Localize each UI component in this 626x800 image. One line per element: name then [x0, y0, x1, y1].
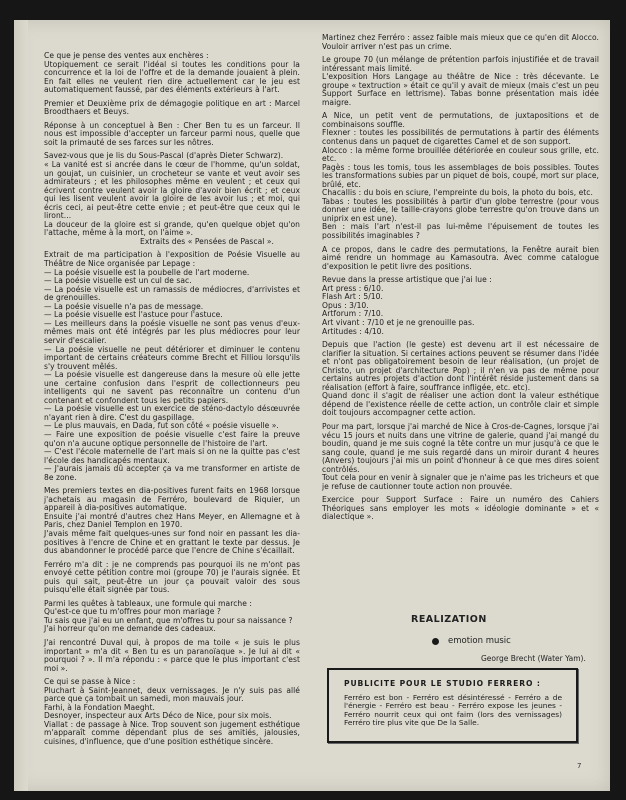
- text-line: Mes premiers textes en dia-positives fur…: [44, 487, 300, 513]
- paragraph-personal-actions: Pour ma part, lorsque j'ai marché de Nic…: [322, 423, 599, 491]
- text-line: A Nice, un petit vent de permutations, d…: [322, 112, 599, 129]
- text-line: Alocco : la même forme brouillée détério…: [322, 147, 599, 164]
- paragraph-auctions: Ce que je pense des ventes aux enchères …: [44, 52, 300, 95]
- list-item: — C'est l'école maternelle de l'art mais…: [44, 448, 300, 465]
- text-line: Viallat : de passage à Nice. Trop souven…: [44, 721, 300, 747]
- realization-item-label: emotion music: [448, 636, 511, 646]
- list-item: — Les meilleurs dans la poésie visuelle …: [44, 320, 300, 346]
- page-number: 7: [577, 762, 581, 770]
- text-line: Tabas : toutes les possibilités à partir…: [322, 198, 599, 224]
- paragraph-support-surface-exercise: Exercice pour Support Surface : Faire un…: [322, 496, 599, 522]
- text-line: « La vanité est si ancrée dans le cœur d…: [44, 161, 300, 221]
- paragraph-nice-news: Ce qui se passe à Nice : Pluchart à Sain…: [44, 678, 300, 746]
- text-line: Pluchart à Saint-Jeannet, deux vernissag…: [44, 687, 300, 704]
- paragraph-action-art: Depuis que l'action (le geste) est deven…: [322, 341, 599, 418]
- list-item: — La poésie visuelle ne peut détériorer …: [44, 346, 300, 372]
- page-edge: [14, 20, 28, 791]
- text-line: Ferréro m'a dit : je ne comprends pas po…: [44, 561, 300, 595]
- text-line: Depuis que l'action (le geste) est deven…: [322, 341, 599, 392]
- right-column: Martinez chez Ferréro : assez faible mai…: [322, 34, 599, 527]
- text-line: Martinez chez Ferréro : assez faible mai…: [322, 34, 599, 51]
- realization-item: emotion music: [432, 636, 511, 646]
- rating-item: Artitudes : 4/10.: [322, 328, 599, 337]
- realization-credit: George Brecht (Water Yam).: [481, 654, 586, 663]
- paragraph-groupe-70: Le groupe 70 (un mélange de prétention p…: [322, 56, 599, 107]
- list-item: — La poésie visuelle est un exercice de …: [44, 405, 300, 422]
- list-item: — Faire une exposition de poésie visuell…: [44, 431, 300, 448]
- text-line: Réponse à un conceptuel à Ben : Cher Ben…: [44, 122, 300, 148]
- text-line: Flexner : toutes les possibilités de per…: [322, 129, 599, 146]
- bullet-icon: [432, 638, 439, 645]
- text-line: Pour ma part, lorsque j'ai marché de Nic…: [322, 423, 599, 474]
- text-line: Le groupe 70 (un mélange de prétention p…: [322, 56, 599, 73]
- text-line: Ensuite j'ai montré d'autres chez Hans M…: [44, 513, 300, 530]
- paragraph-kamasutra: A ce propos, dans le cadre des permutati…: [322, 246, 599, 272]
- paragraph-duval: J'ai rencontré Duval qui, à propos de ma…: [44, 639, 300, 673]
- paragraph-ferrero-petition: Ferréro m'a dit : je ne comprends pas po…: [44, 561, 300, 595]
- left-column: Ce que je pense des ventes aux enchères …: [44, 52, 300, 747]
- text-line: Quand donc il s'agit de réaliser une act…: [322, 392, 599, 418]
- advertisement-text: Ferréro est bon - Ferréro est désintéres…: [344, 694, 562, 728]
- list-item: — La poésie visuelle est un ramassis de …: [44, 286, 300, 303]
- paragraph-demagogy-prize: Premier et Deuxième prix de démagogie po…: [44, 100, 300, 117]
- list-item: — J'aurais jamais dû accepter ça va me t…: [44, 465, 300, 482]
- text-line: J'ai horreur qu'on me demande des cadeau…: [44, 625, 300, 634]
- text-line: L'exposition Hors Langage au théâtre de …: [322, 73, 599, 107]
- paragraph-visual-poetry: Extrait de ma participation à l'expositi…: [44, 251, 300, 482]
- realization-heading: REALIZATION: [411, 614, 487, 625]
- text-line: J'ai rencontré Duval qui, à propos de ma…: [44, 639, 300, 673]
- advertisement-box: PUBLICITE POUR LE STUDIO FERRERO : Ferré…: [327, 668, 578, 743]
- paragraph-permutations: A Nice, un petit vent de permutations, d…: [322, 112, 599, 240]
- text-line: Tout cela pour en venir à signaler que j…: [322, 474, 599, 491]
- text-line: Pagès : tous les tomis, tous les assembl…: [322, 164, 599, 190]
- paragraph-pascal: Savez-vous que je lis du Sous-Pascal (d'…: [44, 152, 300, 246]
- text-line: J'avais même fait quelques-unes sur fond…: [44, 530, 300, 556]
- paragraph-dia-positives: Mes premiers textes en dia-positives fur…: [44, 487, 300, 555]
- text-line: Utopiquement ce serait l'idéal si toutes…: [44, 61, 300, 95]
- document-page: Ce que je pense des ventes aux enchères …: [14, 20, 610, 791]
- advertisement-title: PUBLICITE POUR LE STUDIO FERRERO :: [344, 679, 562, 688]
- text-line: Ben : mais l'art n'est-il pas lui-même l…: [322, 223, 599, 240]
- paragraph-painting-quests: Parmi les quêtes à tableaux, une formule…: [44, 600, 300, 634]
- text-line: Exercice pour Support Surface : Faire un…: [322, 496, 599, 522]
- paragraph-response-conceptual: Réponse à un conceptuel à Ben : Cher Ben…: [44, 122, 300, 148]
- text-line: A ce propos, dans le cadre des permutati…: [322, 246, 599, 272]
- paragraph-press-review: Revue dans la presse artistique que j'ai…: [322, 276, 599, 336]
- list-item: — La poésie visuelle est dangereuse dans…: [44, 371, 300, 405]
- text-line: Extrait de ma participation à l'expositi…: [44, 251, 300, 268]
- quote-source: Extraits des « Pensées de Pascal ».: [44, 238, 300, 247]
- text-line: La douceur de la gloire est si grande, q…: [44, 221, 300, 238]
- text-line: Premier et Deuxième prix de démagogie po…: [44, 100, 300, 117]
- paragraph-martinez: Martinez chez Ferréro : assez faible mai…: [322, 34, 599, 51]
